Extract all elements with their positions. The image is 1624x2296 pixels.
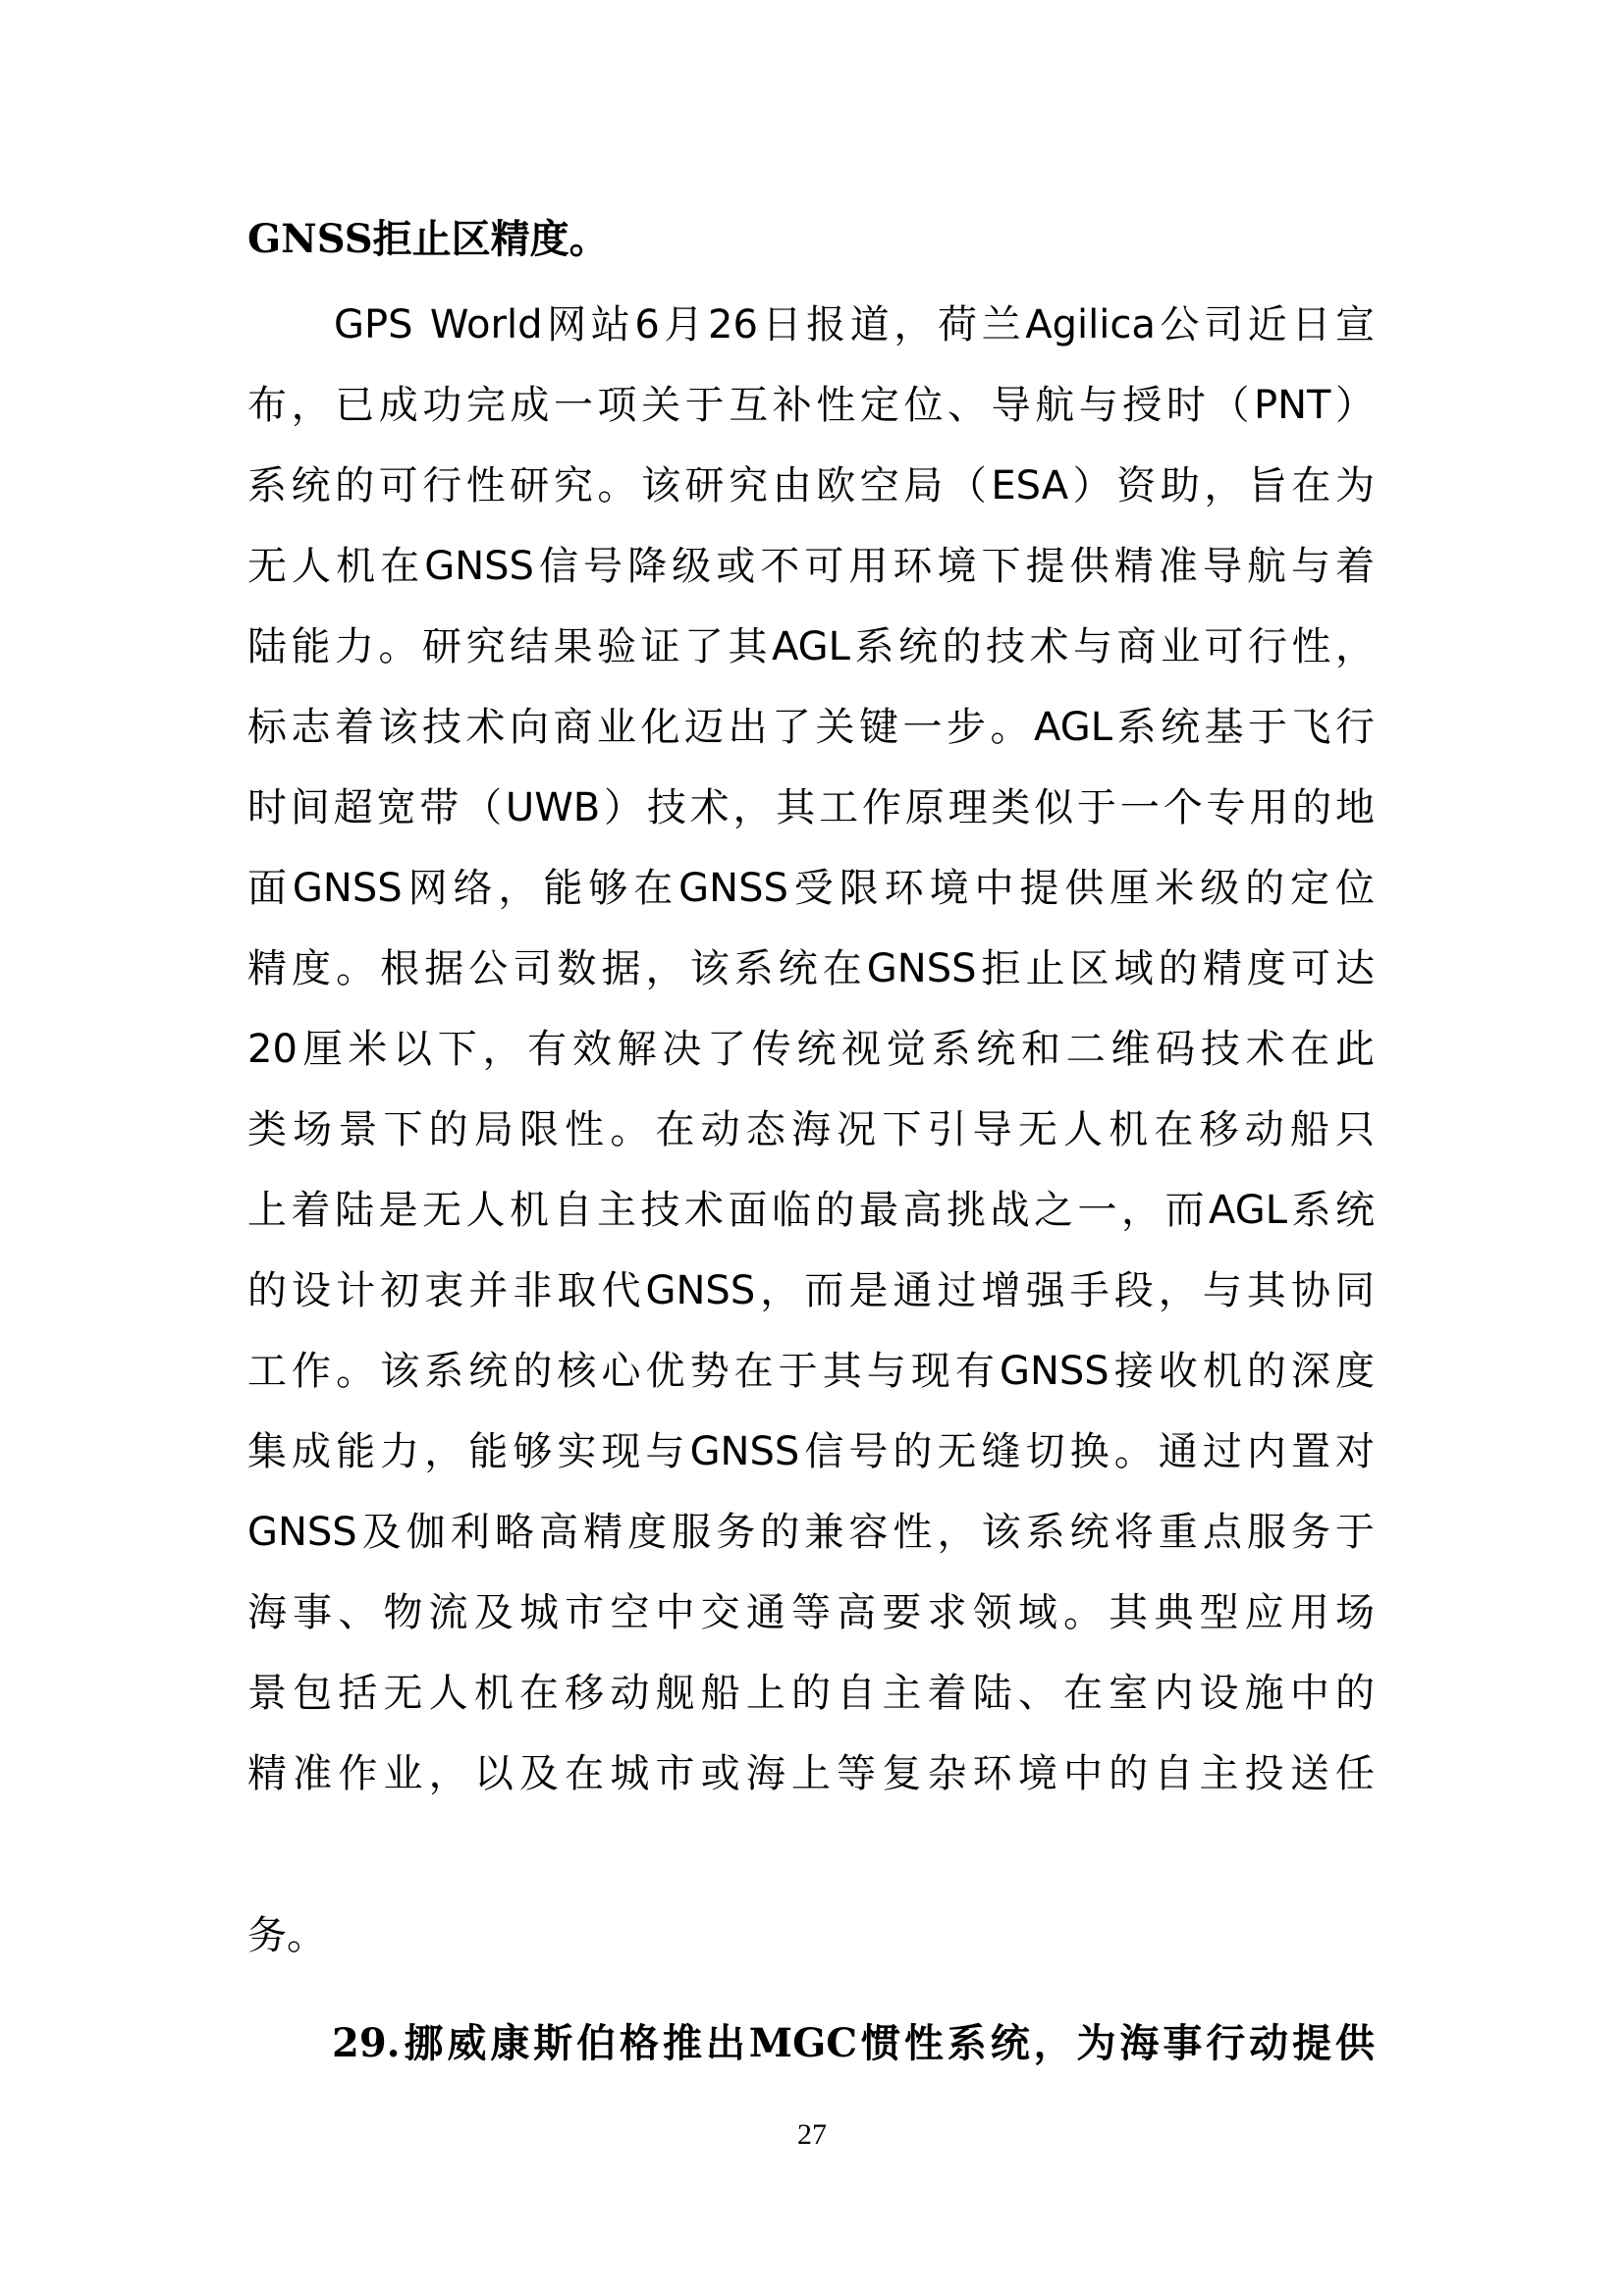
paragraph-line: 精度。根据公司数据，该系统在GNSS拒止区域的精度可达 (247, 939, 1375, 998)
paragraph-line: 景包括无人机在移动舰船上的自主着陆、在室内设施中的 (247, 1664, 1375, 1723)
paragraph-line: 务。 (247, 1906, 1375, 1965)
continued-heading-tail: GNSS拒止区精度。 (247, 210, 609, 269)
paragraph-line: 时间超宽带（UWB）技术，其工作原理类似于一个专用的地 (247, 778, 1375, 837)
next-section-heading: 29.挪威康斯伯格推出MGC惯性系统，为海事行动提供 (332, 2014, 1375, 2073)
document-page: GNSS拒止区精度。 GPS World网站6月26日报道，荷兰Agilica公… (0, 0, 1624, 2296)
paragraph-line: 精准作业，以及在城市或海上等复杂环境中的自主投送任 (247, 1744, 1375, 1803)
paragraph-line: 标志着该技术向商业化迈出了关键一步。AGL系统基于飞行 (247, 698, 1375, 757)
paragraph-line: 的设计初衷并非取代GNSS，而是通过增强手段，与其协同 (247, 1261, 1375, 1320)
paragraph-line: 集成能力，能够实现与GNSS信号的无缝切换。通过内置对 (247, 1422, 1375, 1481)
paragraph-line: 系统的可行性研究。该研究由欧空局（ESA）资助，旨在为 (247, 456, 1375, 515)
paragraph-line: 类场景下的局限性。在动态海况下引导无人机在移动船只 (247, 1100, 1375, 1159)
page-number: 27 (0, 2118, 1624, 2152)
paragraph-line: 上着陆是无人机自主技术面临的最高挑战之一，而AGL系统 (247, 1181, 1375, 1240)
paragraph-line: GNSS及伽利略高精度服务的兼容性，该系统将重点服务于 (247, 1503, 1375, 1562)
paragraph-line: 陆能力。研究结果验证了其AGL系统的技术与商业可行性， (247, 617, 1375, 676)
paragraph-line: 海事、物流及城市空中交通等高要求领域。其典型应用场 (247, 1583, 1375, 1642)
paragraph-line: GPS World网站6月26日报道，荷兰Agilica公司近日宣 (334, 295, 1375, 354)
paragraph-line: 20厘米以下，有效解决了传统视觉系统和二维码技术在此 (247, 1020, 1375, 1079)
paragraph-line: 面GNSS网络，能够在GNSS受限环境中提供厘米级的定位 (247, 859, 1375, 918)
paragraph-line: 无人机在GNSS信号降级或不可用环境下提供精准导航与着 (247, 537, 1375, 596)
paragraph-line: 工作。该系统的核心优势在于其与现有GNSS接收机的深度 (247, 1342, 1375, 1401)
paragraph-line: 布，已成功完成一项关于互补性定位、导航与授时（PNT） (247, 376, 1375, 435)
